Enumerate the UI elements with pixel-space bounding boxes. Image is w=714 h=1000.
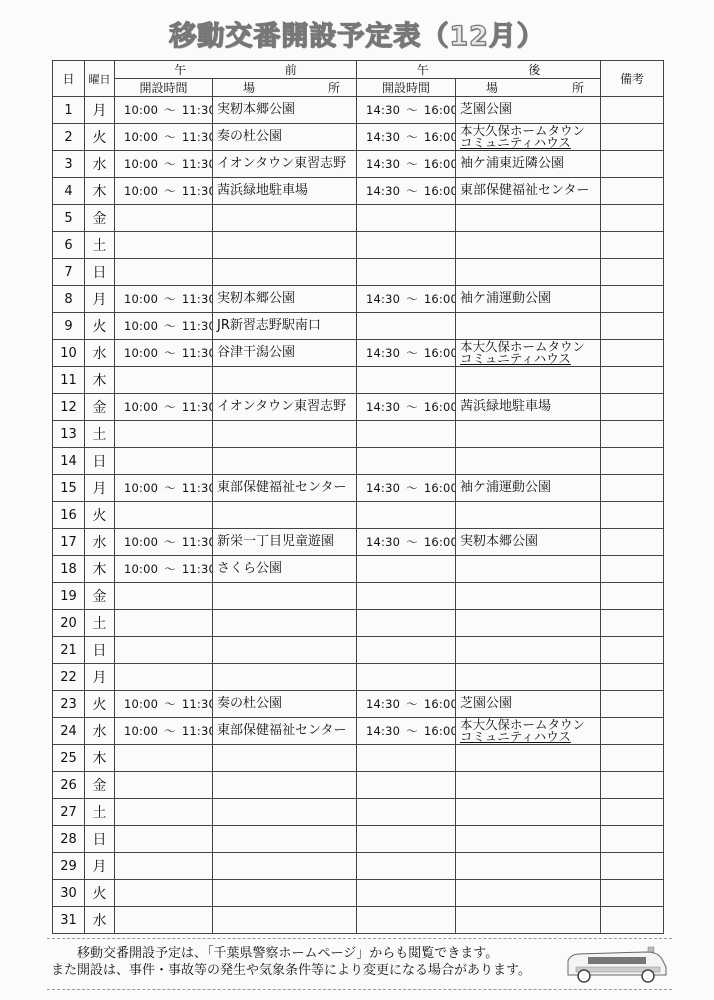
am-place-cell bbox=[213, 502, 357, 529]
pm-place-cell bbox=[456, 232, 601, 259]
table-row: 13 土 bbox=[53, 421, 664, 448]
pm-place-cell bbox=[456, 880, 601, 907]
am-start: 10:00 bbox=[124, 346, 158, 360]
pm-time-cell: 14:30～16:00 bbox=[357, 124, 456, 151]
am-time-cell bbox=[115, 367, 213, 394]
header-pm-place: 場 所 bbox=[456, 79, 601, 97]
am-time-cell: 10:00～11:30 bbox=[115, 529, 213, 556]
pm-time-cell bbox=[357, 826, 456, 853]
table-row: 24 水 10:00～11:30 東部保健福祉センター 14:30～16:00 … bbox=[53, 718, 664, 745]
weekday-cell: 金 bbox=[85, 394, 115, 421]
pm-time-cell bbox=[357, 853, 456, 880]
table-row: 8 月 10:00～11:30 実籾本郷公園 14:30～16:00 袖ケ浦運動… bbox=[53, 286, 664, 313]
weekday-cell: 土 bbox=[85, 799, 115, 826]
pm-place-cell bbox=[456, 745, 601, 772]
am-time-cell bbox=[115, 421, 213, 448]
am-time-cell bbox=[115, 610, 213, 637]
table-row: 22 月 bbox=[53, 664, 664, 691]
am-place-cell: 新栄一丁目児童遊園 bbox=[213, 529, 357, 556]
am-time-cell: 10:00～11:30 bbox=[115, 340, 213, 367]
table-row: 11 木 bbox=[53, 367, 664, 394]
weekday-cell: 金 bbox=[85, 583, 115, 610]
am-end: 11:30 bbox=[182, 346, 213, 360]
pm-time-cell: 14:30～16:00 bbox=[357, 151, 456, 178]
weekday-cell: 火 bbox=[85, 313, 115, 340]
am-end: 11:30 bbox=[182, 481, 213, 495]
note-cell bbox=[601, 340, 664, 367]
am-place-cell bbox=[213, 232, 357, 259]
note-cell bbox=[601, 745, 664, 772]
am-place-cell bbox=[213, 610, 357, 637]
notice-box: 移動交番開設予定は、「千葉県警察ホームページ」からも閲覧できます。 また開設は、… bbox=[47, 938, 672, 990]
am-place-cell bbox=[213, 421, 357, 448]
pm-start: 14:30 bbox=[366, 697, 400, 711]
am-place-cell bbox=[213, 367, 357, 394]
am-place-cell: 茜浜緑地駐車場 bbox=[213, 178, 357, 205]
am-end: 11:30 bbox=[182, 400, 213, 414]
time-separator: ～ bbox=[406, 184, 418, 198]
am-end: 11:30 bbox=[182, 535, 213, 549]
header-am-time: 開設時間 bbox=[115, 79, 213, 97]
weekday-cell: 日 bbox=[85, 259, 115, 286]
note-cell bbox=[601, 421, 664, 448]
am-end: 11:30 bbox=[182, 562, 213, 576]
note-cell bbox=[601, 313, 664, 340]
am-start: 10:00 bbox=[124, 292, 158, 306]
pm-place-cell bbox=[456, 502, 601, 529]
am-start: 10:00 bbox=[124, 103, 158, 117]
time-separator: ～ bbox=[164, 157, 176, 171]
pm-start: 14:30 bbox=[366, 724, 400, 738]
pm-time-cell bbox=[357, 772, 456, 799]
schedule-body: 1 月 10:00～11:30 実籾本郷公園 14:30～16:00 芝園公園 … bbox=[53, 97, 664, 934]
day-cell: 12 bbox=[53, 394, 85, 421]
header-pm: 午 後 bbox=[357, 61, 601, 79]
pm-time-cell bbox=[357, 907, 456, 934]
am-end: 11:30 bbox=[182, 292, 213, 306]
pm-time-cell bbox=[357, 205, 456, 232]
note-cell bbox=[601, 691, 664, 718]
weekday-cell: 水 bbox=[85, 529, 115, 556]
table-row: 17 水 10:00～11:30 新栄一丁目児童遊園 14:30～16:00 実… bbox=[53, 529, 664, 556]
day-cell: 11 bbox=[53, 367, 85, 394]
pm-place-line1: 実籾本郷公園 bbox=[460, 536, 600, 548]
am-end: 11:30 bbox=[182, 157, 213, 171]
am-end: 11:30 bbox=[182, 184, 213, 198]
pm-place-cell: 芝園公園 bbox=[456, 691, 601, 718]
header-pm-right: 後 bbox=[528, 61, 540, 78]
am-place-cell bbox=[213, 259, 357, 286]
am-start: 10:00 bbox=[124, 319, 158, 333]
time-separator: ～ bbox=[164, 103, 176, 117]
pm-start: 14:30 bbox=[366, 103, 400, 117]
header-pm-left: 午 bbox=[417, 61, 429, 78]
pm-time-cell: 14:30～16:00 bbox=[357, 529, 456, 556]
pm-place-cell: 袖ケ浦運動公園 bbox=[456, 286, 601, 313]
am-time-cell: 10:00～11:30 bbox=[115, 313, 213, 340]
am-place-cell bbox=[213, 583, 357, 610]
day-cell: 8 bbox=[53, 286, 85, 313]
header-notes: 備考 bbox=[601, 61, 664, 97]
table-row: 19 金 bbox=[53, 583, 664, 610]
header-weekday: 曜日 bbox=[85, 61, 115, 97]
day-cell: 5 bbox=[53, 205, 85, 232]
table-row: 5 金 bbox=[53, 205, 664, 232]
pm-time-cell bbox=[357, 313, 456, 340]
am-place-cell: 実籾本郷公園 bbox=[213, 286, 357, 313]
am-place-cell bbox=[213, 799, 357, 826]
pm-place-cell: 東部保健福祉センター bbox=[456, 178, 601, 205]
day-cell: 4 bbox=[53, 178, 85, 205]
pm-place-cell bbox=[456, 907, 601, 934]
note-cell bbox=[601, 286, 664, 313]
time-separator: ～ bbox=[164, 130, 176, 144]
pm-place-line1: 芝園公園 bbox=[460, 104, 600, 116]
table-row: 9 火 10:00～11:30 JR新習志野駅南口 bbox=[53, 313, 664, 340]
table-row: 23 火 10:00～11:30 奏の杜公園 14:30～16:00 芝園公園 bbox=[53, 691, 664, 718]
pm-start: 14:30 bbox=[366, 535, 400, 549]
page-title: 移動交番開設予定表（12月） bbox=[0, 14, 714, 53]
am-time-cell bbox=[115, 205, 213, 232]
pm-time-cell: 14:30～16:00 bbox=[357, 475, 456, 502]
table-row: 29 月 bbox=[53, 853, 664, 880]
note-cell bbox=[601, 367, 664, 394]
am-time-cell: 10:00～11:30 bbox=[115, 151, 213, 178]
day-cell: 24 bbox=[53, 718, 85, 745]
pm-time-cell bbox=[357, 367, 456, 394]
pm-time-cell: 14:30～16:00 bbox=[357, 718, 456, 745]
time-separator: ～ bbox=[406, 724, 418, 738]
note-cell bbox=[601, 448, 664, 475]
table-row: 7 日 bbox=[53, 259, 664, 286]
am-place-cell: 奏の杜公園 bbox=[213, 691, 357, 718]
table-row: 20 土 bbox=[53, 610, 664, 637]
day-cell: 1 bbox=[53, 97, 85, 124]
pm-time-cell bbox=[357, 259, 456, 286]
weekday-cell: 月 bbox=[85, 97, 115, 124]
pm-place-cell: 本大久保ホームタウンコミュニティハウス bbox=[456, 340, 601, 367]
weekday-cell: 土 bbox=[85, 610, 115, 637]
note-cell bbox=[601, 205, 664, 232]
pm-end: 16:00 bbox=[424, 292, 456, 306]
am-place-cell bbox=[213, 907, 357, 934]
notice-line-1: 移動交番開設予定は、「千葉県警察ホームページ」からも閲覧できます。 bbox=[77, 945, 498, 962]
pm-place-line2: コミュニティハウス bbox=[460, 137, 600, 149]
pm-time-cell bbox=[357, 448, 456, 475]
am-end: 11:30 bbox=[182, 103, 213, 117]
header-pm-place-right: 所 bbox=[572, 79, 584, 96]
am-time-cell bbox=[115, 259, 213, 286]
am-time-cell: 10:00～11:30 bbox=[115, 124, 213, 151]
am-time-cell: 10:00～11:30 bbox=[115, 97, 213, 124]
weekday-cell: 土 bbox=[85, 421, 115, 448]
pm-time-cell bbox=[357, 664, 456, 691]
am-start: 10:00 bbox=[124, 697, 158, 711]
pm-place-line1: 袖ケ浦運動公園 bbox=[460, 293, 600, 305]
pm-place-cell bbox=[456, 664, 601, 691]
weekday-cell: 木 bbox=[85, 745, 115, 772]
pm-place-cell bbox=[456, 772, 601, 799]
table-row: 25 木 bbox=[53, 745, 664, 772]
pm-place-cell bbox=[456, 556, 601, 583]
am-time-cell bbox=[115, 448, 213, 475]
time-separator: ～ bbox=[406, 346, 418, 360]
pm-time-cell bbox=[357, 610, 456, 637]
day-cell: 30 bbox=[53, 880, 85, 907]
am-time-cell bbox=[115, 907, 213, 934]
pm-place-cell: 袖ケ浦東近隣公園 bbox=[456, 151, 601, 178]
pm-end: 16:00 bbox=[424, 697, 456, 711]
am-place-cell: 谷津干潟公園 bbox=[213, 340, 357, 367]
am-place-cell bbox=[213, 664, 357, 691]
note-cell bbox=[601, 502, 664, 529]
pm-time-cell bbox=[357, 502, 456, 529]
table-row: 26 金 bbox=[53, 772, 664, 799]
table-row: 6 土 bbox=[53, 232, 664, 259]
am-time-cell bbox=[115, 772, 213, 799]
am-place-cell bbox=[213, 637, 357, 664]
am-start: 10:00 bbox=[124, 562, 158, 576]
day-cell: 19 bbox=[53, 583, 85, 610]
police-van-icon bbox=[562, 945, 670, 985]
pm-place-cell bbox=[456, 313, 601, 340]
time-separator: ～ bbox=[164, 535, 176, 549]
note-cell bbox=[601, 394, 664, 421]
pm-start: 14:30 bbox=[366, 481, 400, 495]
weekday-cell: 日 bbox=[85, 637, 115, 664]
pm-time-cell: 14:30～16:00 bbox=[357, 691, 456, 718]
time-separator: ～ bbox=[406, 481, 418, 495]
note-cell bbox=[601, 475, 664, 502]
weekday-cell: 金 bbox=[85, 205, 115, 232]
time-separator: ～ bbox=[164, 400, 176, 414]
day-cell: 14 bbox=[53, 448, 85, 475]
pm-end: 16:00 bbox=[424, 724, 456, 738]
am-time-cell: 10:00～11:30 bbox=[115, 178, 213, 205]
note-cell bbox=[601, 718, 664, 745]
am-time-cell: 10:00～11:30 bbox=[115, 286, 213, 313]
am-start: 10:00 bbox=[124, 481, 158, 495]
am-time-cell bbox=[115, 880, 213, 907]
day-cell: 6 bbox=[53, 232, 85, 259]
pm-place-cell: 芝園公園 bbox=[456, 97, 601, 124]
note-cell bbox=[601, 799, 664, 826]
header-am-place-right: 所 bbox=[328, 79, 340, 96]
pm-time-cell: 14:30～16:00 bbox=[357, 97, 456, 124]
pm-time-cell bbox=[357, 637, 456, 664]
am-start: 10:00 bbox=[124, 157, 158, 171]
table-row: 4 木 10:00～11:30 茜浜緑地駐車場 14:30～16:00 東部保健… bbox=[53, 178, 664, 205]
am-place-cell bbox=[213, 745, 357, 772]
am-place-cell bbox=[213, 772, 357, 799]
header-am-right: 前 bbox=[285, 61, 297, 78]
am-place-cell bbox=[213, 826, 357, 853]
am-time-cell bbox=[115, 637, 213, 664]
note-cell bbox=[601, 826, 664, 853]
day-cell: 25 bbox=[53, 745, 85, 772]
pm-time-cell bbox=[357, 583, 456, 610]
header-pm-place-left: 場 bbox=[486, 79, 498, 96]
am-time-cell bbox=[115, 745, 213, 772]
pm-start: 14:30 bbox=[366, 400, 400, 414]
pm-start: 14:30 bbox=[366, 346, 400, 360]
note-cell bbox=[601, 259, 664, 286]
pm-place-line2: コミュニティハウス bbox=[460, 731, 600, 743]
header-day: 日 bbox=[53, 61, 85, 97]
am-start: 10:00 bbox=[124, 535, 158, 549]
am-time-cell bbox=[115, 583, 213, 610]
note-cell bbox=[601, 529, 664, 556]
pm-place-cell bbox=[456, 259, 601, 286]
pm-place-line1: 袖ケ浦東近隣公園 bbox=[460, 158, 600, 170]
weekday-cell: 月 bbox=[85, 853, 115, 880]
pm-place-cell bbox=[456, 583, 601, 610]
pm-time-cell bbox=[357, 421, 456, 448]
weekday-cell: 日 bbox=[85, 448, 115, 475]
day-cell: 16 bbox=[53, 502, 85, 529]
pm-place-cell bbox=[456, 799, 601, 826]
day-cell: 29 bbox=[53, 853, 85, 880]
am-time-cell bbox=[115, 232, 213, 259]
am-end: 11:30 bbox=[182, 724, 213, 738]
am-place-cell: JR新習志野駅南口 bbox=[213, 313, 357, 340]
am-time-cell: 10:00～11:30 bbox=[115, 475, 213, 502]
pm-place-cell: 実籾本郷公園 bbox=[456, 529, 601, 556]
time-separator: ～ bbox=[164, 346, 176, 360]
am-start: 10:00 bbox=[124, 400, 158, 414]
am-place-cell: イオンタウン東習志野 bbox=[213, 151, 357, 178]
pm-place-line1: 袖ケ浦運動公園 bbox=[460, 482, 600, 494]
pm-start: 14:30 bbox=[366, 157, 400, 171]
time-separator: ～ bbox=[406, 130, 418, 144]
header-am-place: 場 所 bbox=[213, 79, 357, 97]
table-row: 30 火 bbox=[53, 880, 664, 907]
header-pm-time: 開設時間 bbox=[357, 79, 456, 97]
pm-place-line1: 茜浜緑地駐車場 bbox=[460, 401, 600, 413]
table-row: 28 日 bbox=[53, 826, 664, 853]
pm-end: 16:00 bbox=[424, 535, 456, 549]
pm-place-cell bbox=[456, 826, 601, 853]
pm-end: 16:00 bbox=[424, 130, 456, 144]
day-cell: 2 bbox=[53, 124, 85, 151]
time-separator: ～ bbox=[406, 292, 418, 306]
pm-place-cell: 本大久保ホームタウンコミュニティハウス bbox=[456, 718, 601, 745]
weekday-cell: 木 bbox=[85, 556, 115, 583]
am-time-cell bbox=[115, 502, 213, 529]
note-cell bbox=[601, 907, 664, 934]
table-row: 12 金 10:00～11:30 イオンタウン東習志野 14:30～16:00 … bbox=[53, 394, 664, 421]
weekday-cell: 火 bbox=[85, 124, 115, 151]
table-row: 31 水 bbox=[53, 907, 664, 934]
pm-time-cell: 14:30～16:00 bbox=[357, 178, 456, 205]
day-cell: 23 bbox=[53, 691, 85, 718]
pm-place-cell: 袖ケ浦運動公園 bbox=[456, 475, 601, 502]
am-time-cell: 10:00～11:30 bbox=[115, 718, 213, 745]
note-cell bbox=[601, 637, 664, 664]
weekday-cell: 火 bbox=[85, 880, 115, 907]
pm-place-cell bbox=[456, 637, 601, 664]
day-cell: 15 bbox=[53, 475, 85, 502]
note-cell bbox=[601, 232, 664, 259]
pm-place-line1: 芝園公園 bbox=[460, 698, 600, 710]
weekday-cell: 火 bbox=[85, 691, 115, 718]
am-place-cell bbox=[213, 880, 357, 907]
pm-place-cell bbox=[456, 610, 601, 637]
table-row: 15 月 10:00～11:30 東部保健福祉センター 14:30～16:00 … bbox=[53, 475, 664, 502]
table-row: 27 土 bbox=[53, 799, 664, 826]
pm-place-cell bbox=[456, 448, 601, 475]
day-cell: 9 bbox=[53, 313, 85, 340]
day-cell: 26 bbox=[53, 772, 85, 799]
time-separator: ～ bbox=[406, 697, 418, 711]
note-cell bbox=[601, 610, 664, 637]
table-row: 10 水 10:00～11:30 谷津干潟公園 14:30～16:00 本大久保… bbox=[53, 340, 664, 367]
pm-place-cell bbox=[456, 205, 601, 232]
pm-time-cell bbox=[357, 745, 456, 772]
day-cell: 27 bbox=[53, 799, 85, 826]
note-cell bbox=[601, 151, 664, 178]
am-place-cell: 東部保健福祉センター bbox=[213, 718, 357, 745]
pm-place-cell: 本大久保ホームタウンコミュニティハウス bbox=[456, 124, 601, 151]
am-time-cell bbox=[115, 853, 213, 880]
time-separator: ～ bbox=[164, 481, 176, 495]
time-separator: ～ bbox=[164, 724, 176, 738]
am-place-cell: イオンタウン東習志野 bbox=[213, 394, 357, 421]
time-separator: ～ bbox=[164, 184, 176, 198]
header-am-place-left: 場 bbox=[243, 79, 255, 96]
am-end: 11:30 bbox=[182, 319, 213, 333]
pm-end: 16:00 bbox=[424, 103, 456, 117]
am-place-cell bbox=[213, 205, 357, 232]
time-separator: ～ bbox=[406, 535, 418, 549]
table-row: 21 日 bbox=[53, 637, 664, 664]
table-row: 3 水 10:00～11:30 イオンタウン東習志野 14:30～16:00 袖… bbox=[53, 151, 664, 178]
weekday-cell: 水 bbox=[85, 907, 115, 934]
table-row: 2 火 10:00～11:30 奏の杜公園 14:30～16:00 本大久保ホー… bbox=[53, 124, 664, 151]
time-separator: ～ bbox=[164, 319, 176, 333]
weekday-cell: 水 bbox=[85, 151, 115, 178]
pm-time-cell: 14:30～16:00 bbox=[357, 394, 456, 421]
pm-time-cell bbox=[357, 880, 456, 907]
am-time-cell bbox=[115, 664, 213, 691]
pm-place-line2: コミュニティハウス bbox=[460, 353, 600, 365]
time-separator: ～ bbox=[164, 562, 176, 576]
pm-end: 16:00 bbox=[424, 184, 456, 198]
am-start: 10:00 bbox=[124, 184, 158, 198]
day-cell: 18 bbox=[53, 556, 85, 583]
weekday-cell: 木 bbox=[85, 178, 115, 205]
pm-time-cell: 14:30～16:00 bbox=[357, 340, 456, 367]
am-start: 10:00 bbox=[124, 724, 158, 738]
time-separator: ～ bbox=[164, 697, 176, 711]
am-place-cell: さくら公園 bbox=[213, 556, 357, 583]
am-place-cell: 東部保健福祉センター bbox=[213, 475, 357, 502]
weekday-cell: 水 bbox=[85, 718, 115, 745]
am-time-cell: 10:00～11:30 bbox=[115, 691, 213, 718]
pm-place-cell: 茜浜緑地駐車場 bbox=[456, 394, 601, 421]
notice-line-2: また開設は、事件・事故等の発生や気象条件等により変更になる場合があります。 bbox=[51, 962, 531, 979]
am-time-cell: 10:00～11:30 bbox=[115, 394, 213, 421]
time-separator: ～ bbox=[406, 400, 418, 414]
pm-time-cell bbox=[357, 232, 456, 259]
weekday-cell: 水 bbox=[85, 340, 115, 367]
pm-start: 14:30 bbox=[366, 130, 400, 144]
pm-start: 14:30 bbox=[366, 292, 400, 306]
note-cell bbox=[601, 853, 664, 880]
pm-place-cell bbox=[456, 367, 601, 394]
weekday-cell: 月 bbox=[85, 286, 115, 313]
day-cell: 22 bbox=[53, 664, 85, 691]
